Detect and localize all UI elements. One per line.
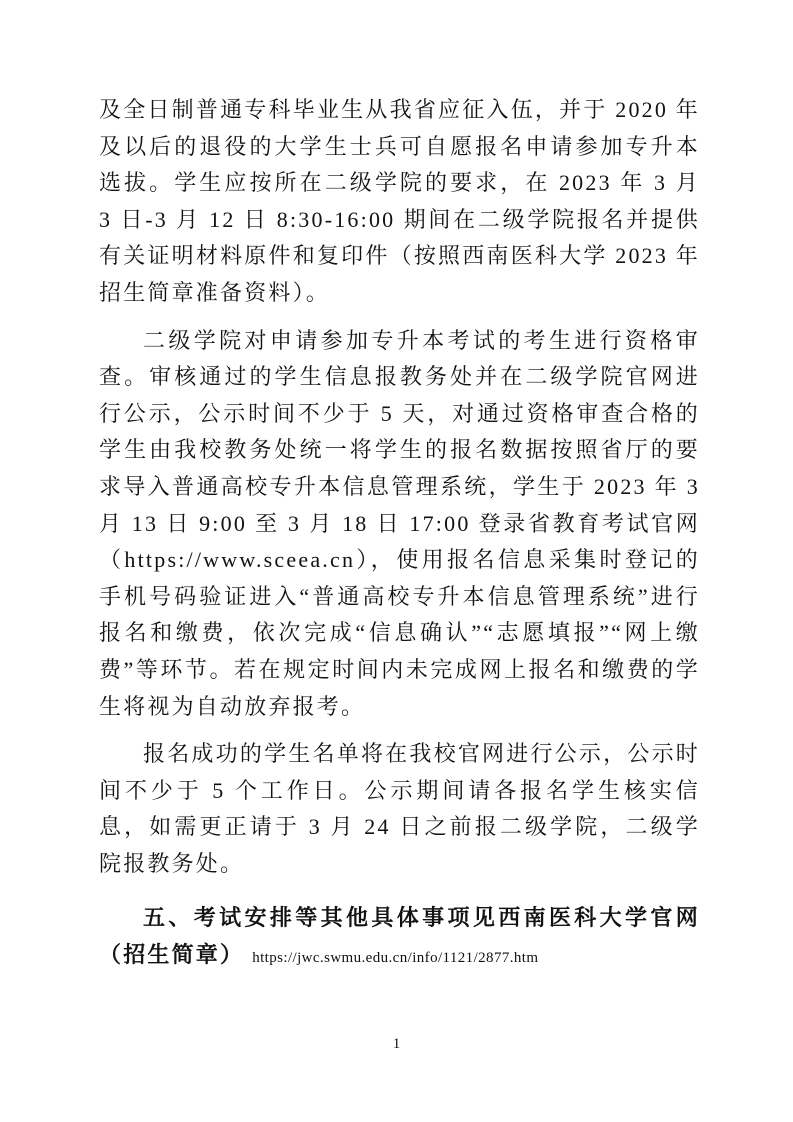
page-number: 1 xyxy=(0,1036,793,1053)
body-paragraph-1: 及全日制普通专科毕业生从我省应征入伍，并于 2020 年及以后的退役的大学生士兵… xyxy=(99,92,700,312)
document-body: 及全日制普通专科毕业生从我省应征入伍，并于 2020 年及以后的退役的大学生士兵… xyxy=(99,92,700,988)
document-page: 及全日制普通专科毕业生从我省应征入伍，并于 2020 年及以后的退役的大学生士兵… xyxy=(0,0,793,1122)
section-heading: 五、考试安排等其他具体事项见西南医科大学官网（招生简章）https://jwc.… xyxy=(99,900,700,976)
body-paragraph-3: 报名成功的学生名单将在我校官网进行公示，公示时间不少于 5 个工作日。公示期间请… xyxy=(99,736,700,882)
body-paragraph-2: 二级学院对申请参加专升本考试的考生进行资格审查。审核通过的学生信息报教务处并在二… xyxy=(99,323,700,726)
section-heading-url: https://jwc.swmu.edu.cn/info/1121/2877.h… xyxy=(244,950,538,966)
